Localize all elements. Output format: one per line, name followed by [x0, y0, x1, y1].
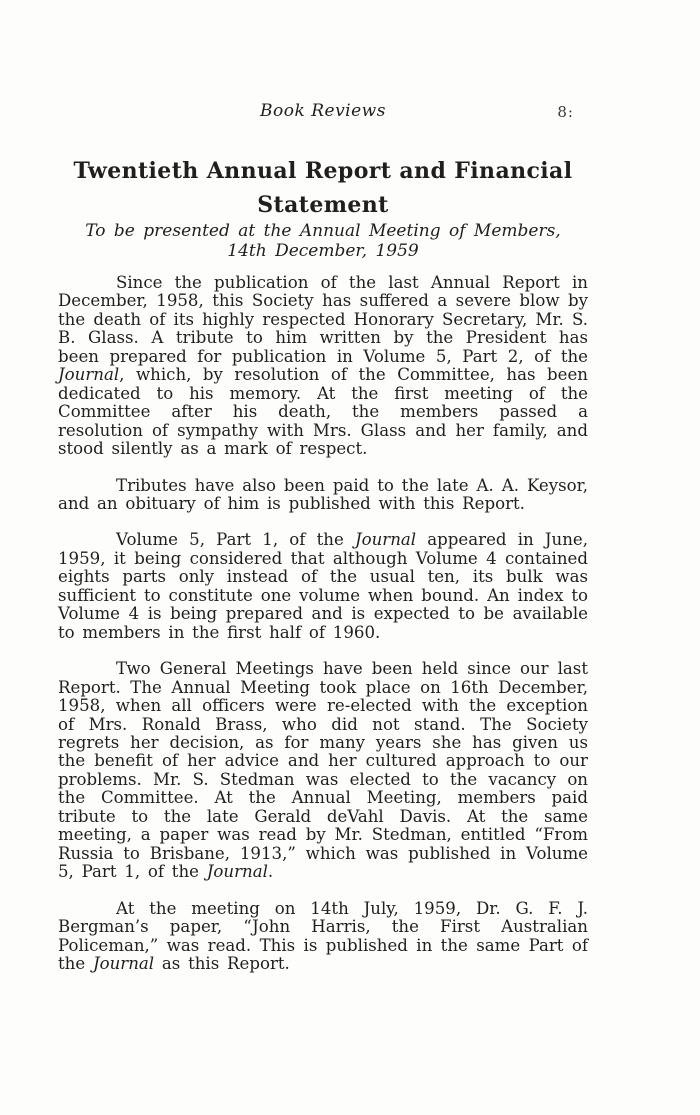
- article-title-line2: Statement: [257, 192, 389, 218]
- italic-text-segment: Journal: [355, 530, 416, 549]
- running-header-title: Book Reviews: [260, 101, 386, 121]
- running-header-row: Book Reviews 8:: [58, 101, 588, 121]
- paragraph-3: Volume 5, Part 1, of the Journal appeare…: [58, 531, 588, 642]
- text-segment: Tributes have also been paid to the late…: [58, 476, 588, 513]
- article-subtitle: To be presented at the Annual Meeting of…: [58, 222, 588, 261]
- body-text: Since the publication of the last Annual…: [58, 274, 588, 991]
- article-title: Twentieth Annual Report and Financial St…: [58, 154, 588, 222]
- article-title-line1: Twentieth Annual Report and Financial: [74, 158, 573, 184]
- text-segment: as this Report.: [154, 954, 290, 973]
- text-segment: Since the publication of the last Annual…: [58, 273, 588, 366]
- subtitle-line2: 14th December, 1959: [227, 241, 418, 261]
- document-page: Book Reviews 8: Twentieth Annual Report …: [0, 0, 700, 1115]
- paragraph-4: Two General Meetings have been held sinc…: [58, 660, 588, 881]
- page-number: 8:: [557, 103, 574, 121]
- italic-text-segment: Journal: [207, 862, 268, 881]
- paragraph-5: At the meeting on 14th July, 1959, Dr. G…: [58, 900, 588, 974]
- italic-text-segment: Journal: [93, 954, 154, 973]
- text-segment: Volume 5, Part 1, of the: [116, 530, 355, 549]
- text-segment: .: [268, 862, 273, 881]
- subtitle-line1: To be presented at the Annual Meeting of…: [85, 221, 560, 241]
- text-segment: Two General Meetings have been held sinc…: [58, 659, 588, 881]
- paragraph-1: Since the publication of the last Annual…: [58, 274, 588, 459]
- italic-text-segment: Journal: [58, 365, 119, 384]
- text-segment: , which, by resolution of the Committee,…: [58, 365, 588, 458]
- paragraph-2: Tributes have also been paid to the late…: [58, 477, 588, 514]
